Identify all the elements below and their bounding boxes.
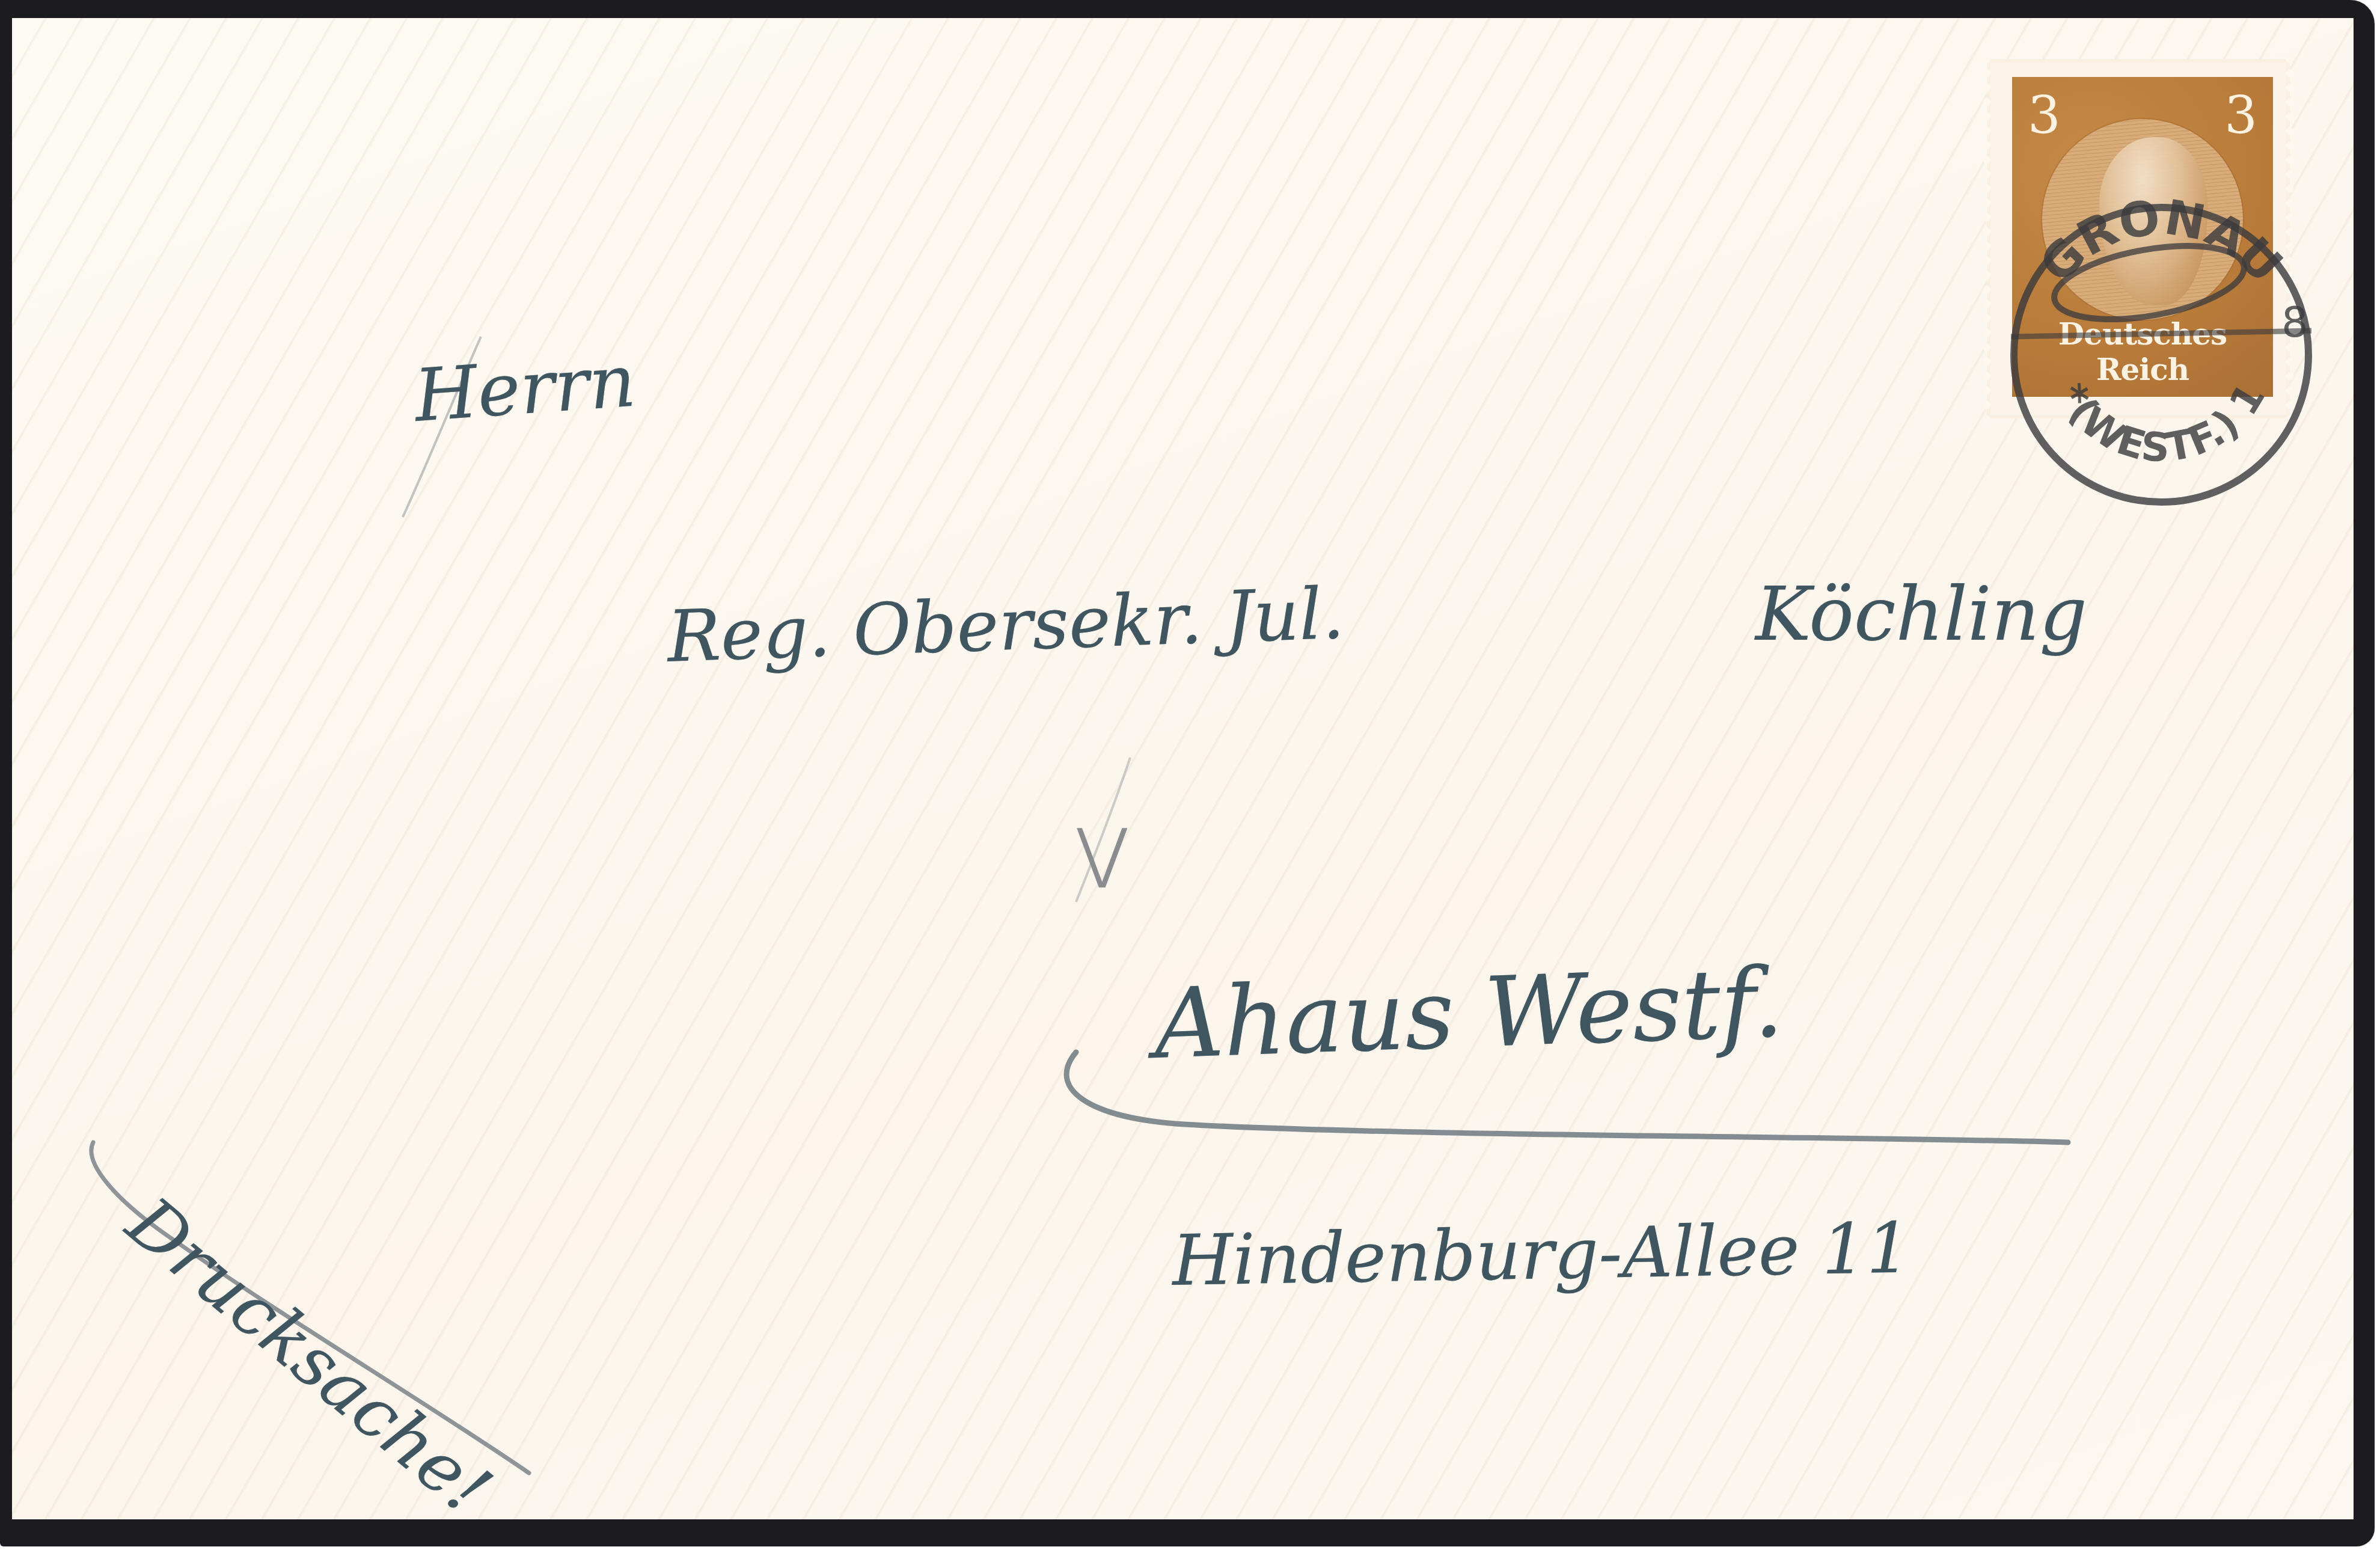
- stamp-value-right: 3: [2224, 85, 2257, 145]
- recipient-name: Köchling: [1755, 571, 2087, 658]
- via-mark: v: [1070, 788, 1134, 913]
- printed-matter-annotation: Drucksache!: [112, 1182, 506, 1519]
- recipient-title: Reg. Obersekr. Jul.: [666, 572, 1346, 678]
- postmark-circle-icon: GRONAU *(WESTF.) 1 8: [1999, 192, 2323, 517]
- recipient-city: Ahaus Westf.: [1152, 946, 1785, 1080]
- recipient-street: Hindenburg-Allee 11: [1172, 1208, 1911, 1302]
- stamp-value-left: 3: [2028, 85, 2061, 145]
- postmark: GRONAU *(WESTF.) 1 8: [1999, 192, 2323, 517]
- svg-text:*(WESTF.) 1: *(WESTF.) 1: [2048, 375, 2274, 471]
- postmark-region: *(WESTF.) 1: [2048, 375, 2274, 471]
- postmark-time: 8: [2281, 298, 2308, 347]
- salutation: Herrn: [412, 340, 638, 438]
- envelope: Herrn Reg. Obersekr. Jul. Köchling v Aha…: [0, 0, 2375, 1546]
